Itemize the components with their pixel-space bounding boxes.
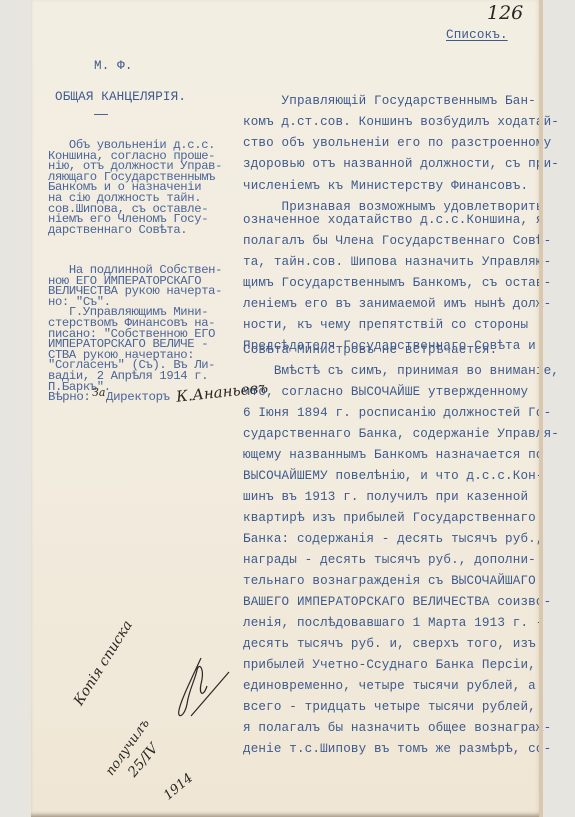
- body-line: квартирѣ изъ прибылей Государственнаго: [243, 512, 536, 525]
- document-type-label: Списокъ.: [446, 29, 508, 42]
- body-line: Совѣта Министровъ не встрѣчается.: [243, 344, 497, 357]
- body-line: 6 Іюня 1894 г. росписанію должностей Го-: [243, 407, 551, 420]
- body-line: Банка: содержанія - десять тысячъ руб.,: [243, 533, 544, 546]
- body-line: ющему названнымъ Банкомъ назначается по: [243, 449, 544, 462]
- body-line: Управляющій Государственнымъ Бан-: [243, 95, 536, 108]
- handwritten-signature-icon: [151, 650, 231, 730]
- body-line: щимъ Государственнымъ Банкомъ, съ остав-: [243, 277, 551, 290]
- body-line: всего - тридцать четыре тысячи рублей,: [243, 701, 536, 714]
- separator-dash: [94, 114, 108, 115]
- body-line: Вмѣстѣ съ симъ, принимая во вниманіе,: [243, 365, 559, 378]
- body-line: единовременно, четыре тысячи рублей, а: [243, 680, 536, 693]
- body-line: ВЫСОЧАЙШЕМУ повелѣнію, и что д.с.с.Кон-: [243, 470, 544, 483]
- body-line: ство объ увольненіи его по разстроенному: [243, 137, 551, 150]
- body-line: я полагалъ бы назначить общее вознаграж-: [243, 722, 551, 735]
- certified-prefix-handwritten: За: [92, 386, 105, 399]
- certified-label: Вѣрно:: [48, 392, 91, 403]
- body-line: ВАШЕГО ИМПЕРАТОРСКАГО ВЕЛИЧЕСТВА соизво-: [243, 596, 551, 609]
- body-line: прибылей Учетно-Ссуднаго Банка Персіи,: [243, 659, 536, 672]
- body-line: сударственнаго Банка, содержаніе Управля…: [243, 428, 559, 441]
- document-page: 126 Списокъ. М. Ф. ОБЩАЯ КАНЦЕЛЯРІЯ. Объ…: [31, 0, 543, 817]
- body-line: шинъ въ 1913 г. получилъ при казенной: [243, 491, 528, 504]
- body-line: что, согласно ВЫСОЧАЙШЕ утвержденному: [243, 386, 528, 399]
- handwritten-note-year: 1914: [161, 771, 196, 804]
- body-line: Признавая возможнымъ удовлетворить: [243, 201, 544, 214]
- body-line: означенное ходатайство д.с.с.Коншина, я: [243, 214, 544, 227]
- body-line: численіемъ къ Министерству Финансовъ.: [243, 180, 528, 193]
- department-label: ОБЩАЯ КАНЦЕЛЯРІЯ.: [55, 91, 186, 104]
- body-line: десять тысячъ руб. и, сверхъ того, изъ: [243, 638, 536, 651]
- body-line: ности, къ чему препятствій со стороны: [243, 319, 528, 332]
- ministry-label: М. Ф.: [94, 60, 133, 73]
- body-line: та, тайн.сов. Шипова назначить Управляю-: [243, 256, 551, 269]
- body-line: тельнаго вознагражденія съ ВЫСОЧАЙШАГО: [243, 575, 536, 588]
- body-line: леніемъ его въ занимаемой имъ нынѣ долж-: [243, 298, 551, 311]
- body-line: полагалъ бы Члена Государственнаго Совѣ-: [243, 235, 551, 248]
- body-line: ленія, послѣдовавшаго 1 Марта 1913 г. -: [243, 617, 544, 630]
- subject-line: дарственнаго Совѣта.: [48, 225, 187, 236]
- folio-number: 126: [487, 2, 523, 24]
- body-line: деніе т.с.Шипову въ томъ же размѣрѣ, со-: [243, 743, 551, 756]
- body-line: награды - десять тысячъ руб., дополни-: [243, 554, 536, 567]
- handwritten-note-line: Копія списка: [71, 618, 136, 709]
- body-line: комъ д.ст.сов. Коншинъ возбудилъ ходатай…: [243, 116, 559, 129]
- certified-role: Директоръ: [106, 392, 170, 403]
- body-line: здоровью отъ названной должности, съ при…: [243, 158, 559, 171]
